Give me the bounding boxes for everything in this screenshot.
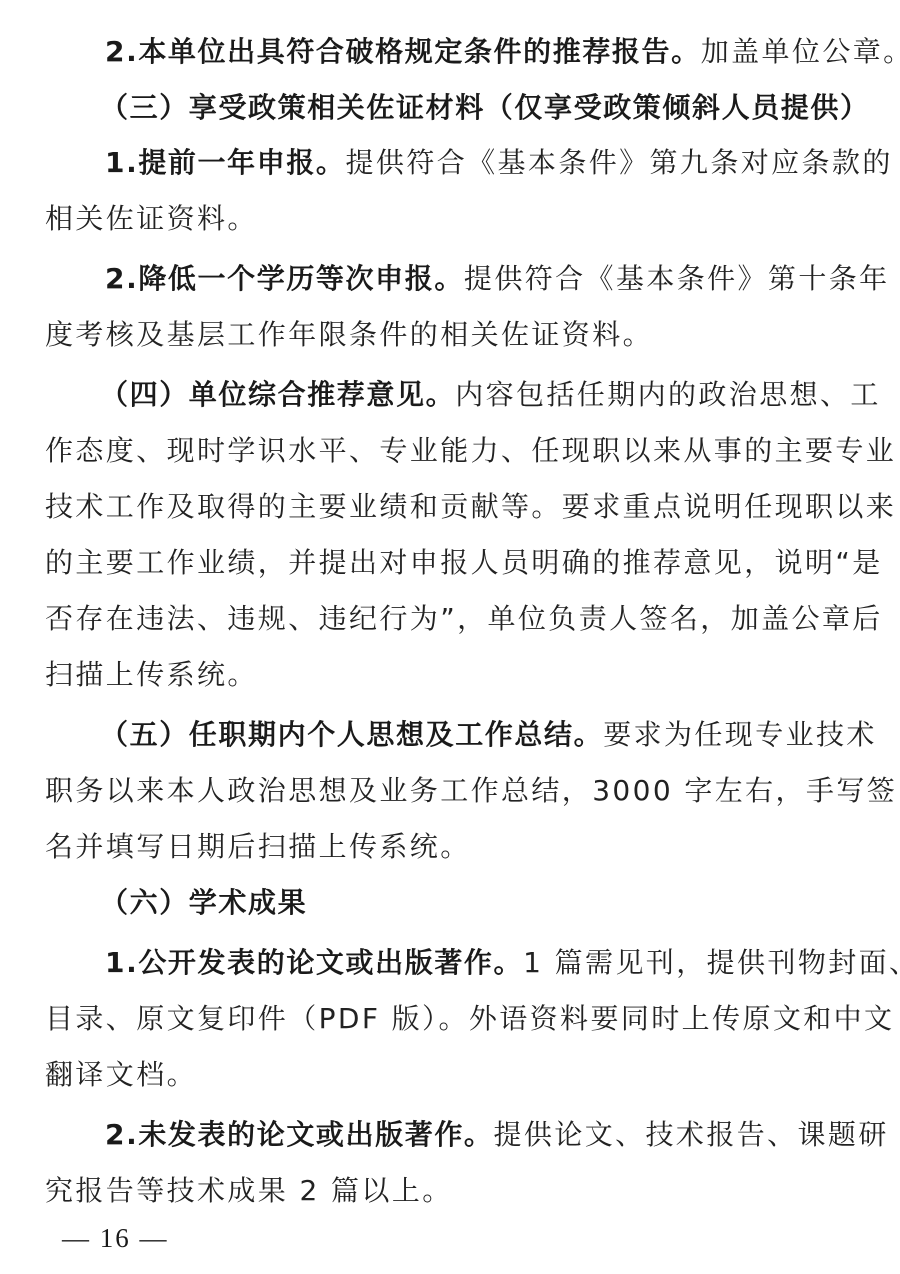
body-text: 内容包括任期内的政治思想、工 [455, 378, 881, 411]
text-line: 翻译文档。 [45, 1055, 880, 1095]
text-line: 究报告等技术成果 2 篇以上。 [45, 1171, 880, 1211]
section-5-heading: （五）任职期内个人思想及工作总结。要求为任现专业技术 [100, 715, 875, 755]
text-line: 作态度、现时学识水平、专业能力、任现职以来从事的主要专业 [45, 431, 880, 471]
text-line: 职务以来本人政治思想及业务工作总结，3000 字左右，手写签 [45, 771, 880, 811]
bold-heading: 2.本单位出具符合破格规定条件的推荐报告。 [105, 35, 701, 68]
section-4-heading: （四）单位综合推荐意见。内容包括任期内的政治思想、工 [100, 375, 875, 415]
body-text: 度考核及基层工作年限条件的相关佐证资料。 [45, 318, 653, 351]
item-1-published-papers: 1.公开发表的论文或出版著作。1 篇需见刊，提供刊物封面、 [105, 943, 880, 983]
body-text: 究报告等技术成果 2 篇以上。 [45, 1174, 453, 1207]
body-text: 作态度、现时学识水平、专业能力、任现职以来从事的主要专业 [45, 434, 896, 467]
text-line: 名并填写日期后扫描上传系统。 [45, 827, 880, 867]
item-2-lower-education: 2.降低一个学历等次申报。提供符合《基本条件》第十条年 [105, 259, 880, 299]
item-2-recommendation-report: 2.本单位出具符合破格规定条件的推荐报告。加盖单位公章。 [105, 32, 880, 72]
body-text: 提供符合《基本条件》第九条对应条款的 [346, 146, 893, 179]
body-text: 要求为任现专业技术 [603, 718, 877, 751]
bold-heading: 1.公开发表的论文或出版著作。 [105, 946, 523, 979]
body-text: 的主要工作业绩，并提出对申报人员明确的推荐意见，说明“是 [45, 546, 883, 579]
body-text: 1 篇需见刊，提供刊物封面、 [523, 946, 900, 979]
bold-heading: 2.降低一个学历等次申报。 [105, 262, 464, 295]
text-line: 度考核及基层工作年限条件的相关佐证资料。 [45, 315, 880, 355]
section-3-heading: （三）享受政策相关佐证材料（仅享受政策倾斜人员提供） [100, 88, 875, 128]
body-text: 目录、原文复印件（PDF 版）。外语资料要同时上传原文和中文 [45, 1002, 894, 1035]
body-text: 翻译文档。 [45, 1058, 197, 1091]
body-text: 否存在违法、违规、违纪行为”，单位负责人签名，加盖公章后 [45, 602, 883, 635]
text-line: 相关佐证资料。 [45, 199, 880, 239]
section-heading: （三）享受政策相关佐证材料（仅享受政策倾斜人员提供） [100, 91, 870, 124]
bold-heading: 2.未发表的论文或出版著作。 [105, 1118, 494, 1151]
item-1-early-application: 1.提前一年申报。提供符合《基本条件》第九条对应条款的 [105, 143, 880, 183]
text-line: 目录、原文复印件（PDF 版）。外语资料要同时上传原文和中文 [45, 999, 880, 1039]
text-line: 的主要工作业绩，并提出对申报人员明确的推荐意见，说明“是 [45, 543, 880, 583]
body-text: 扫描上传系统。 [45, 658, 258, 691]
document-page: 2.本单位出具符合破格规定条件的推荐报告。加盖单位公章。 （三）享受政策相关佐证… [0, 0, 900, 1274]
bold-heading: 1.提前一年申报。 [105, 146, 346, 179]
body-text: 提供论文、技术报告、课题研 [494, 1118, 889, 1151]
section-6-heading: （六）学术成果 [100, 883, 875, 923]
item-2-unpublished-papers: 2.未发表的论文或出版著作。提供论文、技术报告、课题研 [105, 1115, 880, 1155]
page-number: — 16 — [62, 1220, 169, 1256]
section-heading: （五）任职期内个人思想及工作总结。 [100, 718, 603, 751]
body-text: 名并填写日期后扫描上传系统。 [45, 830, 471, 863]
text-line: 技术工作及取得的主要业绩和贡献等。要求重点说明任现职以来 [45, 487, 880, 527]
body-text: 相关佐证资料。 [45, 202, 258, 235]
body-text: 技术工作及取得的主要业绩和贡献等。要求重点说明任现职以来 [45, 490, 896, 523]
text-line: 扫描上传系统。 [45, 655, 880, 695]
section-heading: （四）单位综合推荐意见。 [100, 378, 455, 411]
body-text: 职务以来本人政治思想及业务工作总结，3000 字左右，手写签 [45, 774, 897, 807]
body-text: 加盖单位公章。 [701, 35, 900, 68]
text-line: 否存在违法、违规、违纪行为”，单位负责人签名，加盖公章后 [45, 599, 880, 639]
section-heading: （六）学术成果 [100, 886, 307, 919]
body-text: 提供符合《基本条件》第十条年 [464, 262, 890, 295]
